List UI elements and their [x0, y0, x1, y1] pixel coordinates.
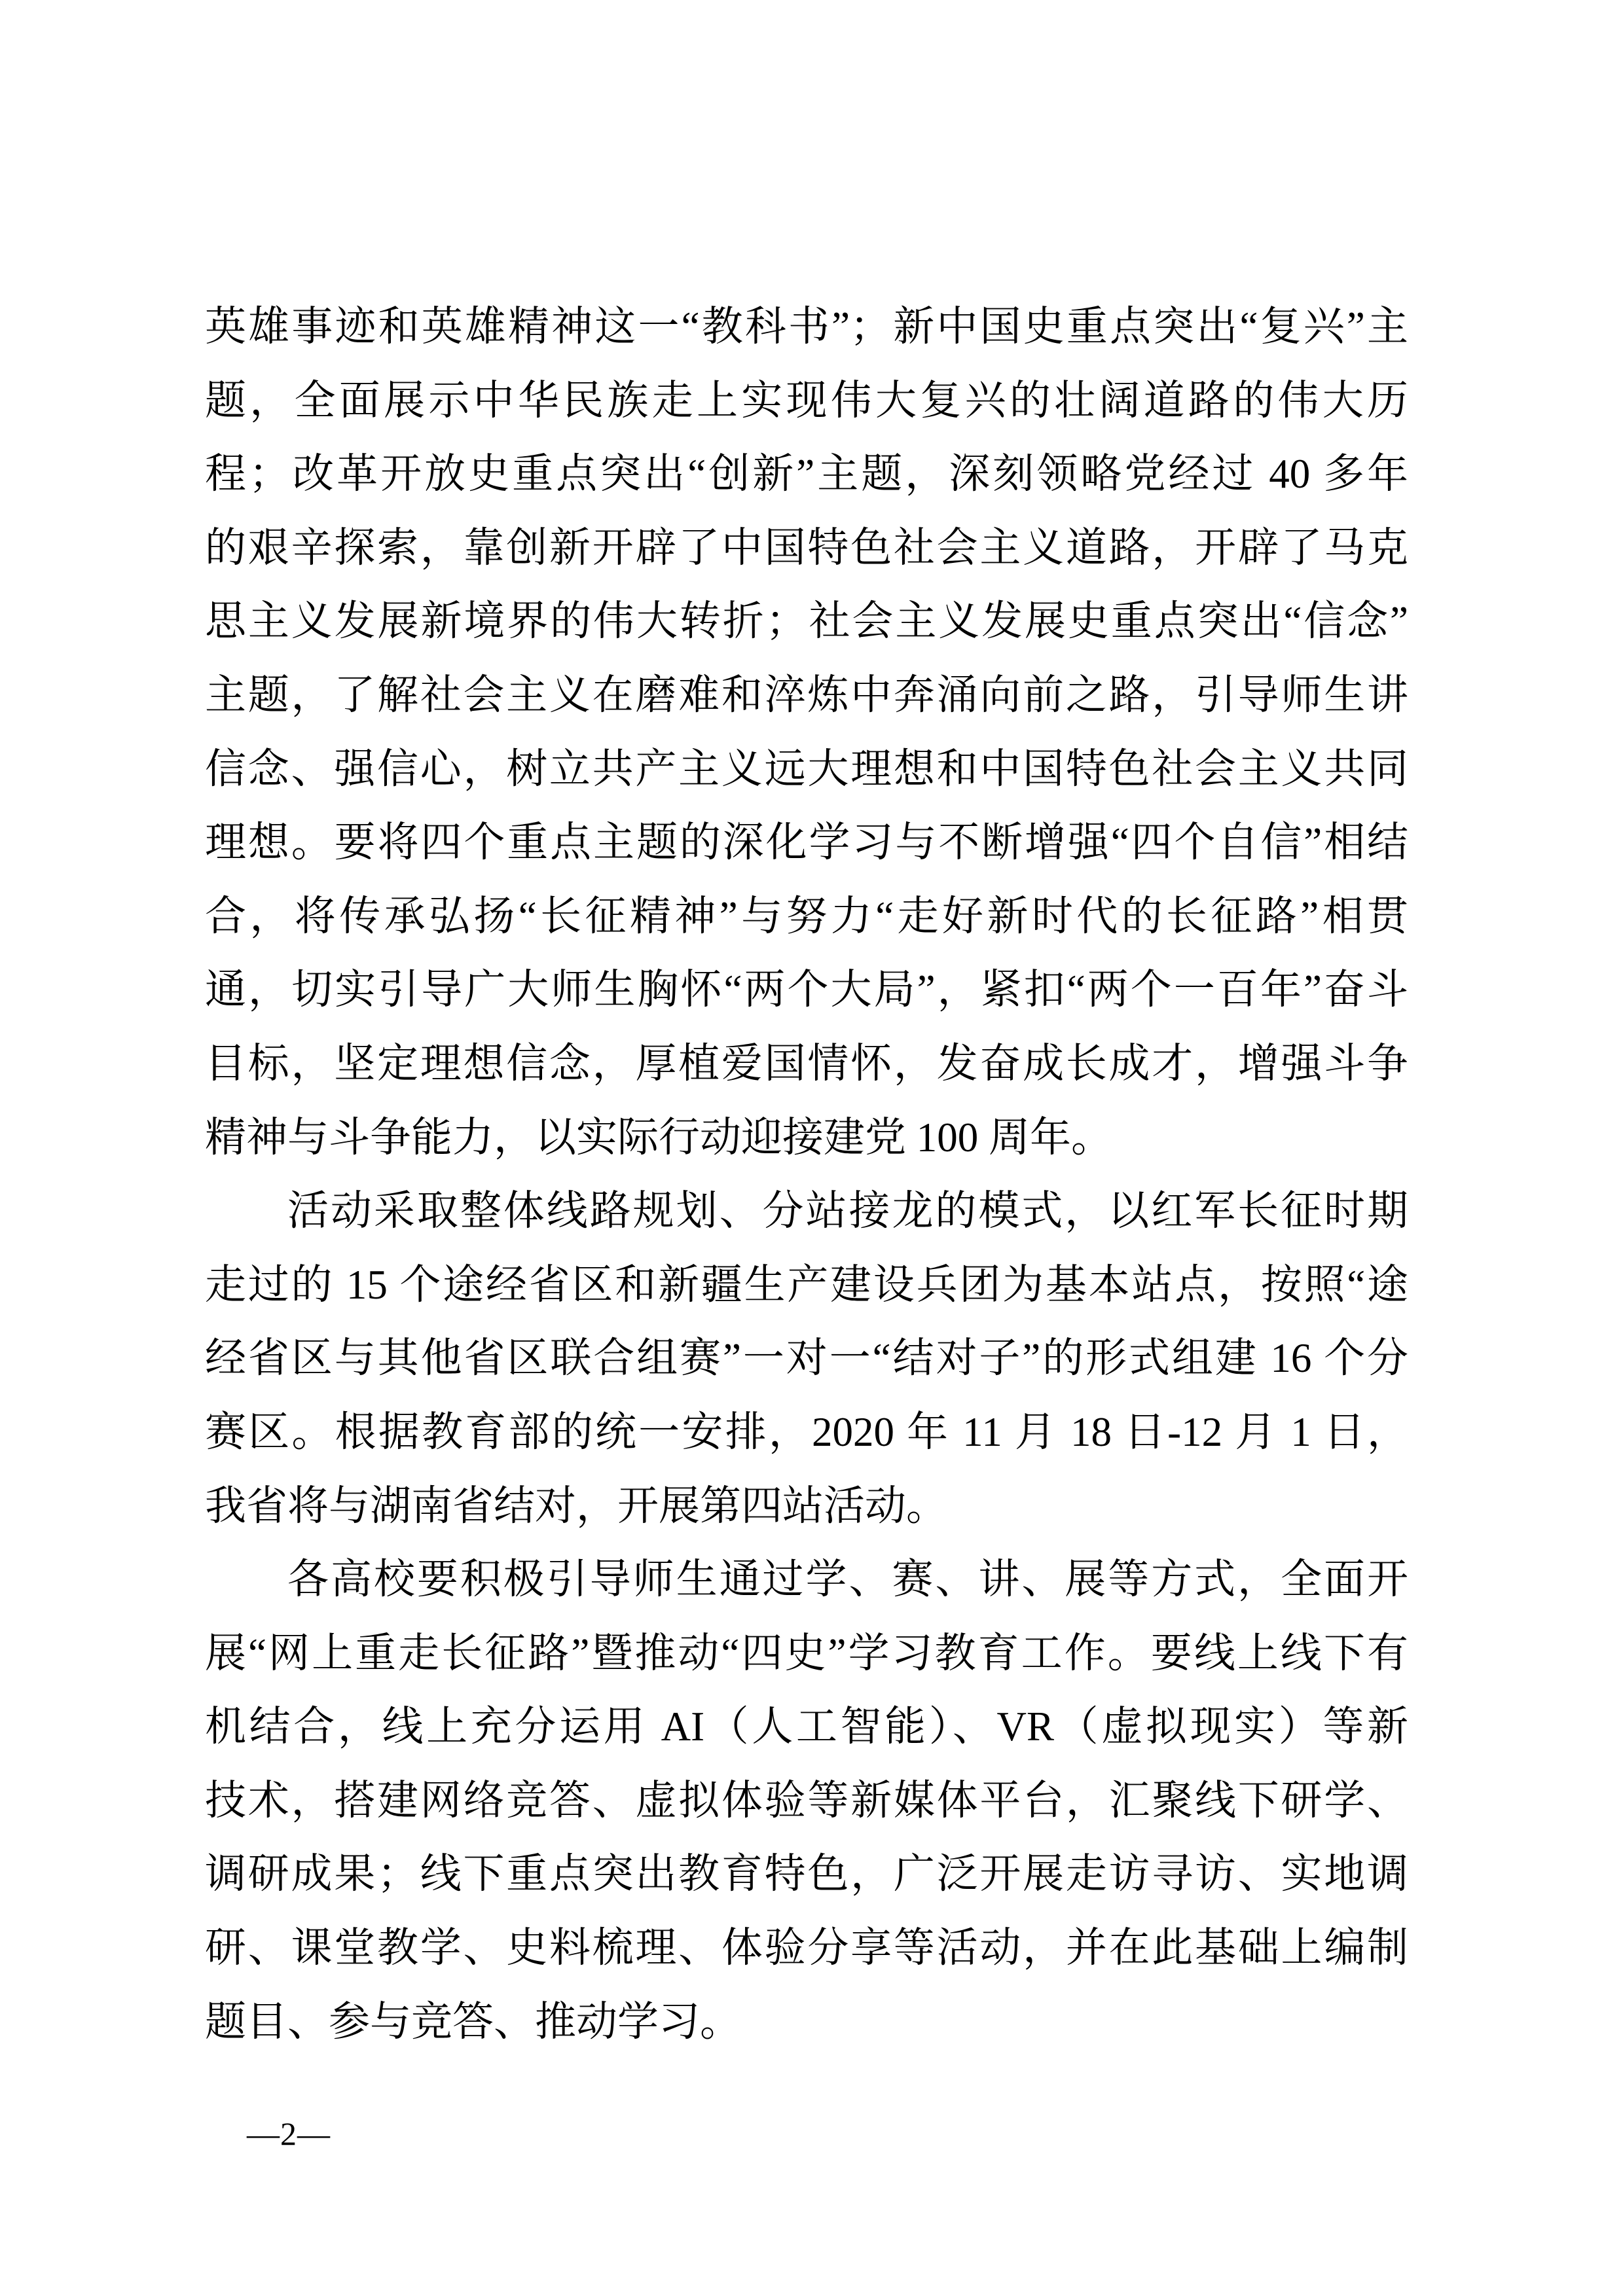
text-line: 精神与斗争能力，以实际行动迎接建党 100 周年。: [205, 1113, 1408, 1187]
text-line: 思主义发展新境界的伟大转折；社会主义发展史重点突出“信念”: [205, 597, 1408, 671]
text-line: 理想。要将四个重点主题的深化学习与不断增强“四个自信”相结: [205, 818, 1408, 892]
text-line: 技术，搭建网络竞答、虚拟体验等新媒体平台，汇聚线下研学、: [205, 1776, 1408, 1850]
text-line: 英雄事迹和英雄精神这一“教科书”；新中国史重点突出“复兴”主: [205, 302, 1408, 376]
text-line: 主题，了解社会主义在磨难和淬炼中奔涌向前之路，引导师生讲: [205, 671, 1408, 745]
text-line: 我省将与湖南省结对，开展第四站活动。: [205, 1482, 1408, 1556]
text-line: 走过的 15 个途经省区和新疆生产建设兵团为基本站点，按照“途: [205, 1261, 1408, 1335]
text-line: 调研成果；线下重点突出教育特色，广泛开展走访寻访、实地调: [205, 1850, 1408, 1924]
text-line: 活动采取整体线路规划、分站接龙的模式，以红军长征时期: [205, 1187, 1408, 1261]
text-line: 机结合，线上充分运用 AI（人工智能）、VR（虚拟现实）等新: [205, 1702, 1408, 1776]
text-line: 展“网上重走长征路”暨推动“四史”学习教育工作。要线上线下有: [205, 1629, 1408, 1703]
document-page: 英雄事迹和英雄精神这一“教科书”；新中国史重点突出“复兴”主 题，全面展示中华民…: [0, 0, 1623, 2296]
text-line: 的艰辛探索，靠创新开辟了中国特色社会主义道路，开辟了马克: [205, 524, 1408, 598]
body-text: 英雄事迹和英雄精神这一“教科书”；新中国史重点突出“复兴”主 题，全面展示中华民…: [205, 302, 1408, 2071]
text-line: 题目、参与竞答、推动学习。: [205, 1998, 1408, 2072]
text-line: 研、课堂教学、史料梳理、体验分享等活动，并在此基础上编制: [205, 1924, 1408, 1998]
page-number: —2—: [247, 2115, 331, 2152]
text-line: 目标，坚定理想信念，厚植爱国情怀，发奋成长成才，增强斗争: [205, 1039, 1408, 1113]
text-line: 各高校要积极引导师生通过学、赛、讲、展等方式，全面开: [205, 1555, 1408, 1629]
text-line: 赛区。根据教育部的统一安排，2020 年 11 月 18 日-12 月 1 日，: [205, 1408, 1408, 1482]
text-line: 经省区与其他省区联合组赛”一对一“结对子”的形式组建 16 个分: [205, 1334, 1408, 1408]
text-line: 信念、强信心，树立共产主义远大理想和中国特色社会主义共同: [205, 745, 1408, 819]
text-line: 程；改革开放史重点突出“创新”主题，深刻领略党经过 40 多年: [205, 450, 1408, 524]
text-line: 合，将传承弘扬“长征精神”与努力“走好新时代的长征路”相贯: [205, 892, 1408, 966]
text-line: 题，全面展示中华民族走上实现伟大复兴的壮阔道路的伟大历: [205, 376, 1408, 450]
text-line: 通，切实引导广大师生胸怀“两个大局”，紧扣“两个一百年”奋斗: [205, 965, 1408, 1039]
